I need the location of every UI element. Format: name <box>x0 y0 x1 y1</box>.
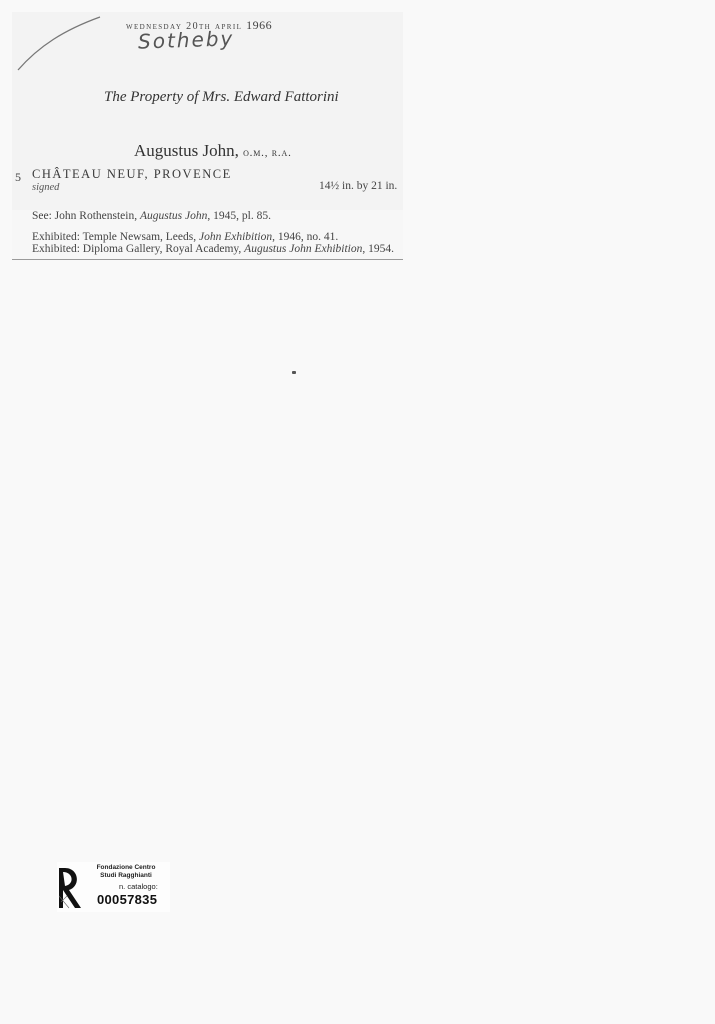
archive-catalog-stamp: Fondazione Centro Studi Ragghianti n. ca… <box>57 862 170 912</box>
exhibition-entry: Exhibited: Diploma Gallery, Royal Academ… <box>32 243 394 255</box>
signed-note: signed <box>32 182 59 193</box>
catalog-number: 00057835 <box>97 892 157 907</box>
archive-organization: Fondazione Centro Studi Ragghianti <box>93 864 159 880</box>
pen-stroke-mark <box>14 14 104 74</box>
paper-speck <box>292 371 296 374</box>
catalog-label: n. catalogo: <box>119 882 158 891</box>
ragghianti-r-logo-icon <box>57 866 85 910</box>
artwork-dimensions: 14½ in. by 21 in. <box>319 180 397 192</box>
artist-honours: o.m., r.a. <box>243 147 292 159</box>
lot-number: 5 <box>15 170 21 185</box>
exhibition-entry: Exhibited: Temple Newsam, Leeds, John Ex… <box>32 231 338 243</box>
artist-heading: Augustus John, o.m., r.a. <box>134 141 292 161</box>
literature-reference: See: John Rothenstein, Augustus John, 19… <box>32 210 271 222</box>
handwritten-auction-house-note: Sotheby <box>138 26 235 53</box>
property-of-heading: The Property of Mrs. Edward Fattorini <box>104 89 339 106</box>
lot-title: CHÂTEAU NEUF, PROVENCE <box>32 167 232 182</box>
